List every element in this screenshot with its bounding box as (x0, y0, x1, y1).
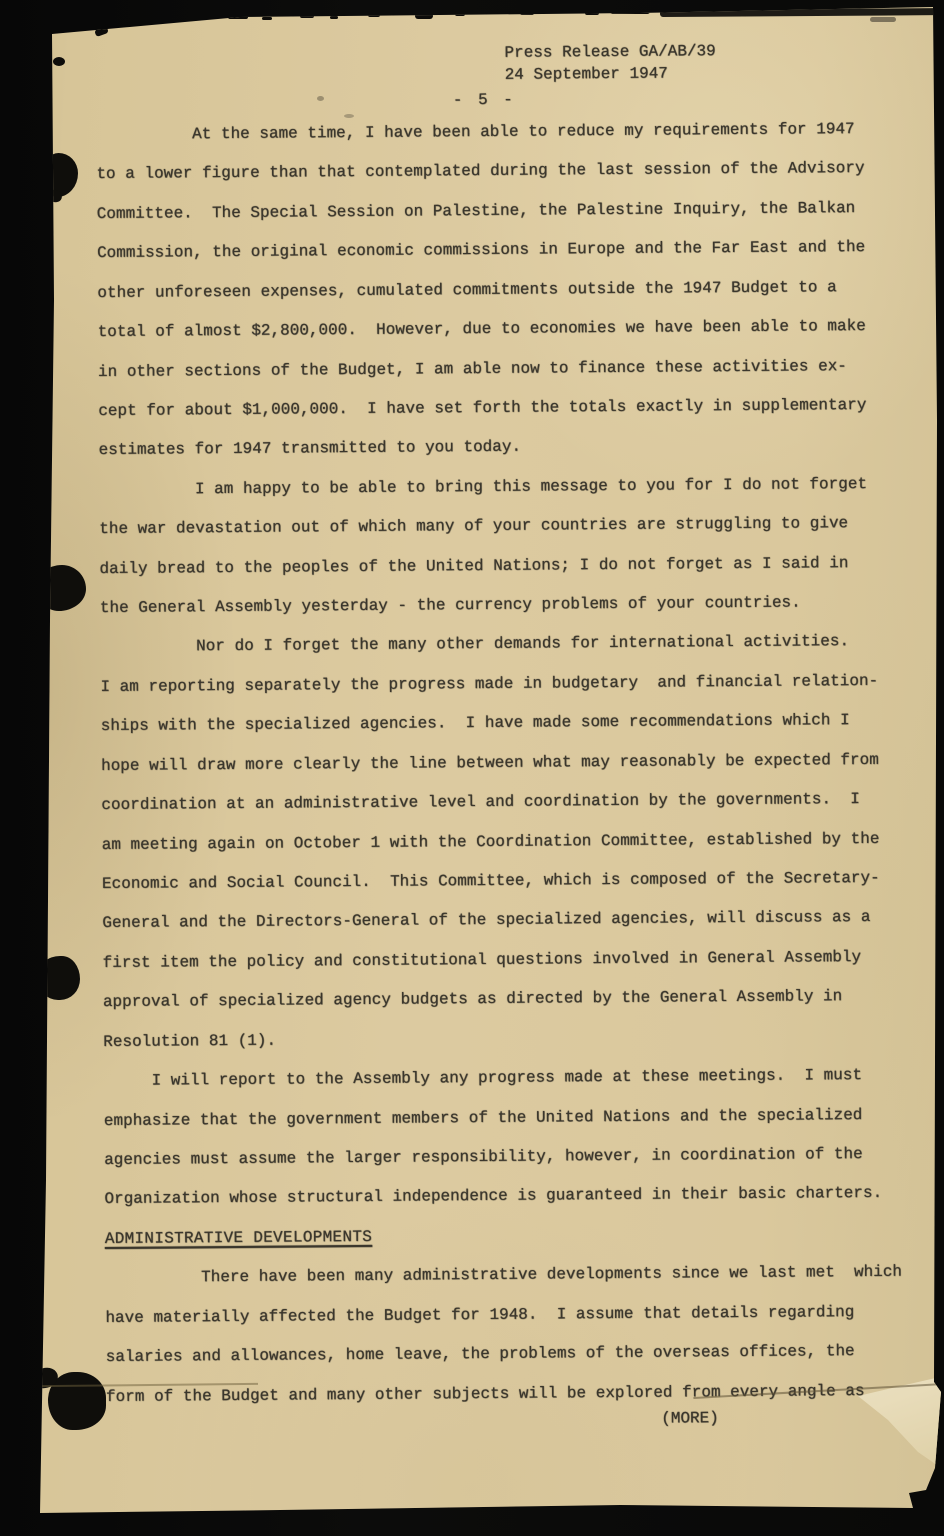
ink-blot-3 (38, 956, 80, 1000)
paragraph-1: At the same time, I have been able to re… (96, 110, 899, 471)
edge-smudge (870, 17, 896, 22)
edge-smudge (520, 11, 534, 15)
edge-smudge (368, 13, 380, 17)
press-release-date: 24 September 1947 (505, 63, 668, 86)
edge-smudge (300, 14, 314, 18)
paragraph-3: Nor do I forget the many other demands f… (100, 622, 903, 1062)
document-page: Press Release GA/AB/39 24 September 1947… (0, 0, 944, 1536)
edge-smudge (455, 12, 465, 16)
edge-smudge (53, 57, 65, 66)
press-release-id: Press Release GA/AB/39 (504, 40, 715, 64)
edge-smudge (228, 15, 248, 19)
edge-smudge (585, 11, 599, 15)
continuation-marker: (MORE) (661, 1409, 719, 1427)
page-number: - 5 - (453, 89, 516, 111)
edge-smudge (415, 13, 433, 19)
edge-smudge (610, 9, 650, 14)
scanner-background: Press Release GA/AB/39 24 September 1947… (0, 0, 944, 1536)
edge-smudge (330, 16, 338, 19)
edge-smudge (344, 114, 354, 118)
document-body: At the same time, I have been able to re… (96, 110, 906, 1417)
paragraph-2: I am happy to be able to bring this mess… (99, 465, 900, 629)
edge-smudge (317, 96, 324, 101)
ink-blot-4 (48, 1372, 106, 1430)
edge-smudge (262, 17, 272, 20)
section-heading: ADMINISTRATIVE DEVELOPMENTS (105, 1214, 905, 1260)
typed-content: Press Release GA/AB/39 24 September 1947… (0, 0, 944, 1536)
paragraph-4: I will report to the Assembly any progre… (103, 1056, 904, 1220)
